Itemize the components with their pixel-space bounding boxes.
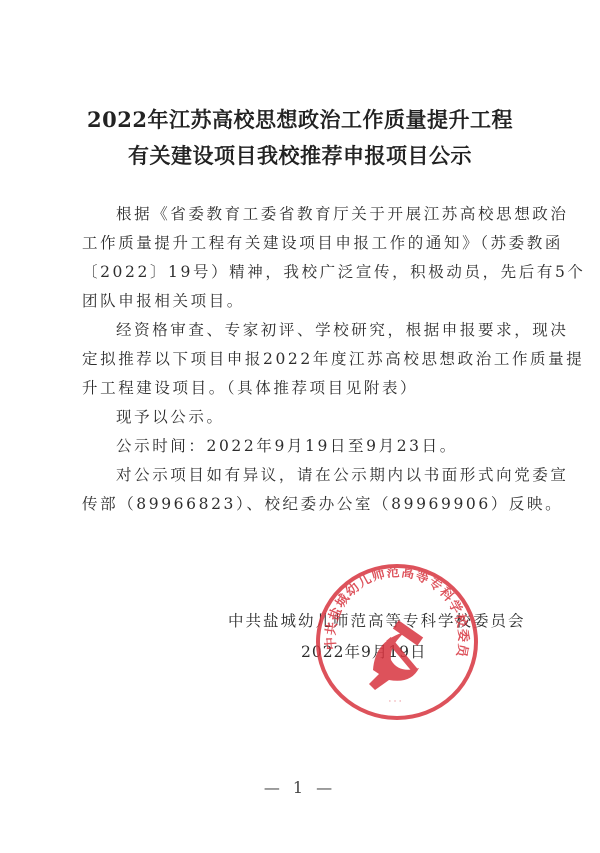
- paragraph-2: 经资格审查、专家初评、学校研究，根据申报要求，现决 定拟推荐以下项目申报2022…: [82, 316, 522, 403]
- paragraph-3: 现予以公示。: [82, 403, 522, 432]
- paragraph-line: 团队申报相关项目。: [82, 287, 522, 316]
- official-seal-icon: 中共盐城幼儿师范高等专科学校委员会 · · ·: [315, 562, 479, 722]
- paragraph-4-notice-period: 公示时间：2022年9月19日至9月23日。: [82, 432, 522, 461]
- paragraph-1: 根据《省委教育工委省教育厅关于开展江苏高校思想政治 工作质量提升工程有关建设项目…: [82, 200, 522, 316]
- document-title-line-1: 2022年江苏高校思想政治工作质量提升工程: [0, 104, 600, 134]
- page-number: — 1 —: [0, 778, 600, 797]
- paragraph-line: 根据《省委教育工委省教育厅关于开展江苏高校思想政治: [82, 200, 522, 229]
- paragraph-line: 定拟推荐以下项目申报2022年度江苏高校思想政治工作质量提: [82, 345, 522, 374]
- paragraph-line: 工作质量提升工程有关建设项目申报工作的通知》（苏委教函: [82, 229, 522, 258]
- paragraph-5-objections: 对公示项目如有异议，请在公示期内以书面形式向党委宣 传部（89966823）、校…: [82, 461, 522, 519]
- paragraph-line: 经资格审查、专家初评、学校研究，根据申报要求，现决: [82, 316, 522, 345]
- svg-text:· · ·: · · ·: [389, 697, 402, 706]
- document-title-line-2: 有关建设项目我校推荐申报项目公示: [0, 140, 600, 170]
- paragraph-line: 传部（89966823）、校纪委办公室（89969906）反映。: [82, 490, 522, 519]
- paragraph-line: 〔2022〕19号）精神，我校广泛宣传，积极动员，先后有5个: [82, 258, 522, 287]
- paragraph-line: 升工程建设项目。（具体推荐项目见附表）: [82, 374, 522, 403]
- hammer-sickle-icon: [369, 620, 423, 690]
- paragraph-line: 对公示项目如有异议，请在公示期内以书面形式向党委宣: [82, 461, 522, 490]
- paragraph-line: 公示时间：2022年9月19日至9月23日。: [82, 432, 522, 461]
- paragraph-line: 现予以公示。: [82, 403, 522, 432]
